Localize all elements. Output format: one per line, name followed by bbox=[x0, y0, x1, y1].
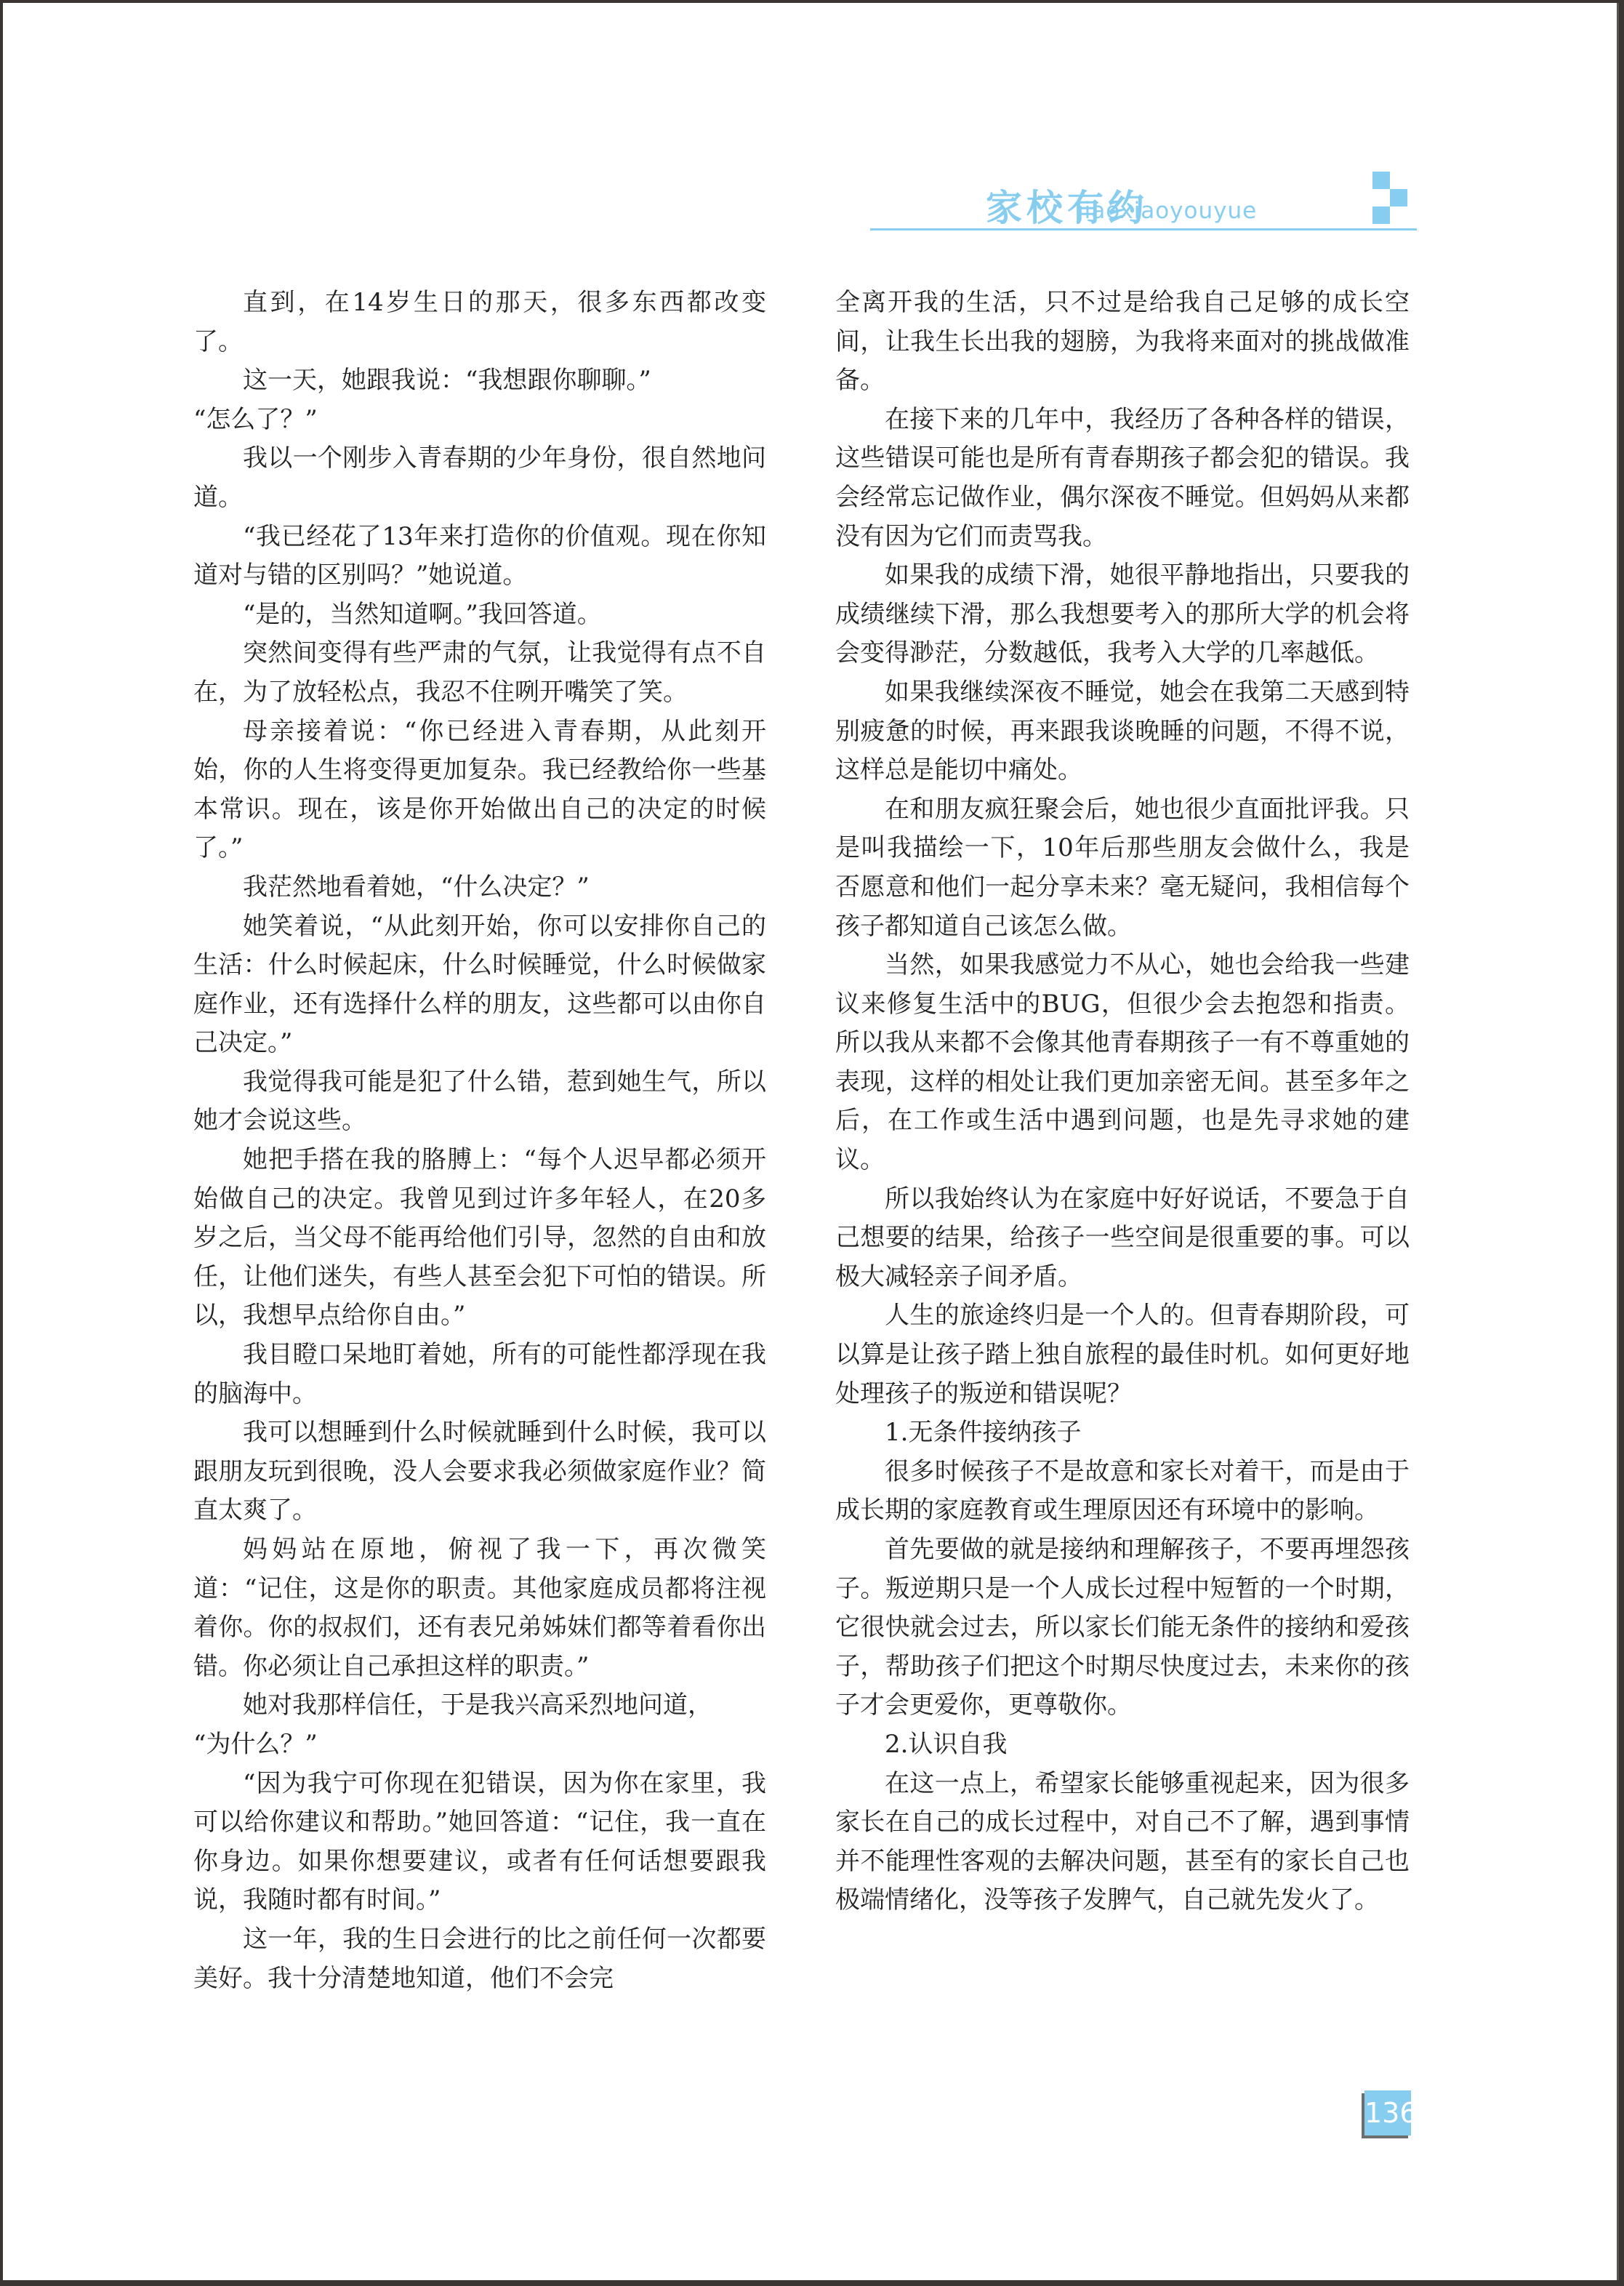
paragraph: 我目瞪口呆地盯着她，所有的可能性都浮现在我的脑海中。 bbox=[193, 1336, 766, 1413]
decorative-square-icon bbox=[1372, 206, 1390, 224]
paragraph: 直到，在14岁生日的那天，很多东西都改变了。 bbox=[193, 284, 766, 361]
paragraph: “我已经花了13年来打造你的价值观。现在你知道对与错的区别吗？”她说道。 bbox=[193, 518, 766, 595]
left-column: 直到，在14岁生日的那天，很多东西都改变了。 这一天，她跟我说：“我想跟你聊聊。… bbox=[193, 284, 766, 1998]
paragraph: 在和朋友疯狂聚会后，她也很少直面批评我。只是叫我描绘一下，10年后那些朋友会做什… bbox=[835, 790, 1410, 946]
paragraph: 这一天，她跟我说：“我想跟你聊聊。” bbox=[193, 361, 766, 401]
paragraph: 我可以想睡到什么时候就睡到什么时候，我可以跟朋友玩到很晚，没人会要求我必须做家庭… bbox=[193, 1413, 766, 1531]
paragraph: 这一年，我的生日会进行的比之前任何一次都要美好。我十分清楚地知道，他们不会完 bbox=[193, 1920, 766, 1998]
section-title-pinyin: jiaoxiaoyouyue bbox=[1077, 196, 1257, 225]
paragraph: 首先要做的就是接纳和理解孩子，不要再埋怨孩子。叛逆期只是一个人成长过程中短暂的一… bbox=[835, 1531, 1410, 1725]
paragraph: 如果我的成绩下滑，她很平静地指出，只要我的成绩继续下滑，那么我想要考入的那所大学… bbox=[835, 556, 1410, 673]
paragraph: 在这一点上，希望家长能够重视起来，因为很多家长在自己的成长过程中，对自己不了解，… bbox=[835, 1765, 1410, 1920]
paragraph: 在接下来的几年中，我经历了各种各样的错误，这些错误可能也是所有青春期孩子都会犯的… bbox=[835, 401, 1410, 556]
paragraph: “因为我宁可你现在犯错误，因为你在家里，我可以给你建议和帮助。”她回答道：“记住… bbox=[193, 1765, 766, 1920]
subheading: 1.无条件接纳孩子 bbox=[835, 1413, 1410, 1453]
paragraph: 母亲接着说：“你已经进入青春期，从此刻开始，你的人生将变得更加复杂。我已经教给你… bbox=[193, 713, 766, 868]
paragraph: 她笑着说，“从此刻开始，你可以安排你自己的生活：什么时候起床，什么时候睡觉，什么… bbox=[193, 907, 766, 1063]
paragraph: 如果我继续深夜不睡觉，她会在我第二天感到特别疲惫的时候，再来跟我谈晚睡的问题，不… bbox=[835, 673, 1410, 790]
paragraph: 人生的旅途终归是一个人的。但青春期阶段，可以算是让孩子踏上独自旅程的最佳时机。如… bbox=[835, 1296, 1410, 1413]
subheading: 2.认识自我 bbox=[835, 1725, 1410, 1765]
decorative-square-icon bbox=[1372, 172, 1390, 189]
paragraph: 妈妈站在原地，俯视了我一下，再次微笑道：“记住，这是你的职责。其他家庭成员都将注… bbox=[193, 1531, 766, 1686]
paragraph: 突然间变得有些严肃的气氛，让我觉得有点不自在，为了放轻松点，我忍不住咧开嘴笑了笑… bbox=[193, 634, 766, 712]
paragraph: “怎么了？” bbox=[193, 401, 766, 440]
paragraph: 我茫然地看着她，“什么决定？” bbox=[193, 868, 766, 907]
paragraph: 所以我始终认为在家庭中好好说话，不要急于自己想要的结果，给孩子一些空间是很重要的… bbox=[835, 1180, 1410, 1297]
paragraph: 当然，如果我感觉力不从心，她也会给我一些建议来修复生活中的BUG，但很少会去抱怨… bbox=[835, 946, 1410, 1180]
paragraph: 我觉得我可能是犯了什么错，惹到她生气，所以她才会说这些。 bbox=[193, 1063, 766, 1141]
paragraph: “是的，当然知道啊。”我回答道。 bbox=[193, 595, 766, 635]
paragraph: 她把手搭在我的胳膊上：“每个人迟早都必须开始做自己的决定。我曾见到过许多年轻人，… bbox=[193, 1141, 766, 1336]
decorative-square-icon bbox=[1390, 189, 1407, 206]
magazine-page: 家校有约 jiaoxiaoyouyue 直到，在14岁生日的那天，很多东西都改变… bbox=[3, 3, 1619, 2280]
paragraph: 我以一个刚步入青春期的少年身份，很自然地问道。 bbox=[193, 439, 766, 517]
right-column: 全离开我的生活，只不过是给我自己足够的成长空间，让我生长出我的翅膀，为我将来面对… bbox=[835, 284, 1410, 1920]
header-rule bbox=[870, 228, 1417, 230]
paragraph: 她对我那样信任，于是我兴高采烈地问道， bbox=[193, 1686, 766, 1725]
paragraph: “为什么？” bbox=[193, 1725, 766, 1765]
paragraph: 全离开我的生活，只不过是给我自己足够的成长空间，让我生长出我的翅膀，为我将来面对… bbox=[835, 284, 1410, 401]
page-number: 136 bbox=[1364, 2090, 1411, 2135]
paragraph: 很多时候孩子不是故意和家长对着干，而是由于成长期的家庭教育或生理原因还有环境中的… bbox=[835, 1453, 1410, 1531]
